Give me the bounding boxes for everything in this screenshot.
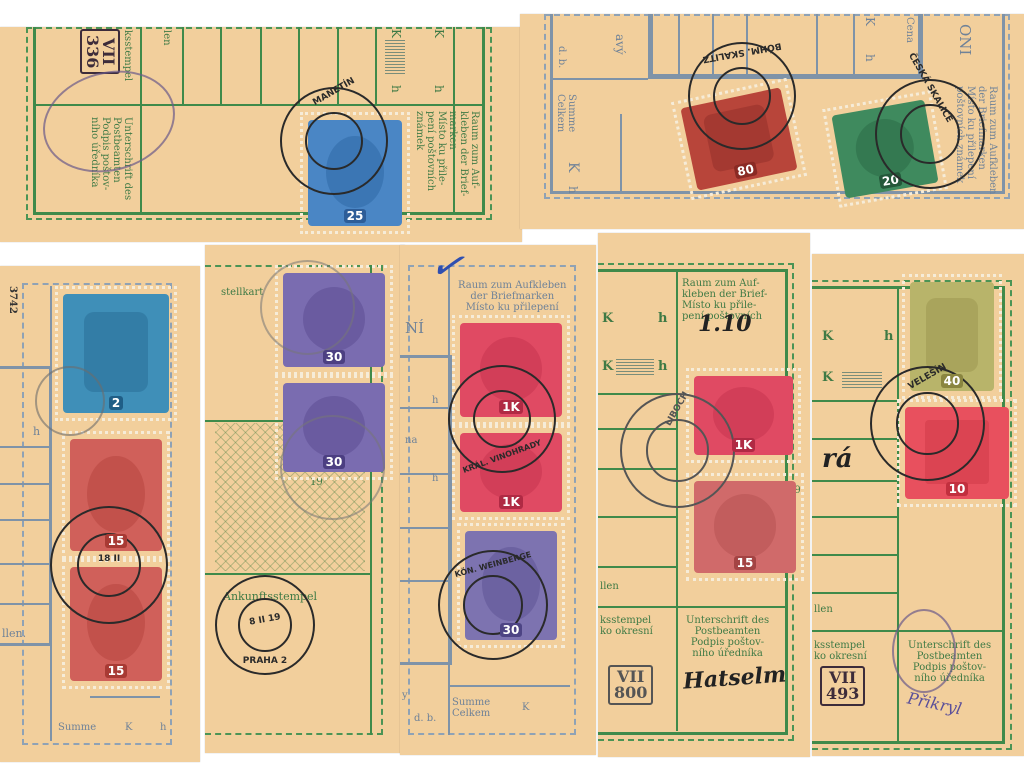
label-h: h [432,395,438,406]
label-h: h [160,722,166,733]
divider [598,566,676,568]
divider [812,480,897,482]
stamp-value: 1K [499,495,523,509]
stamp-value: 1K [732,438,756,452]
label-k: K [522,702,529,713]
label-llen: llen. [2,628,26,639]
divider [400,527,448,529]
label-h: h [884,331,893,342]
side-number: 3742 [7,286,18,314]
label-db: d. b. [414,713,436,724]
office-box-stamp: VII 800 [608,665,653,705]
divider [260,27,262,104]
divider [598,606,788,608]
label-db: d. b. [556,46,567,68]
divider [620,114,622,192]
office-box-stamp: VII 336 [80,29,120,74]
divider [400,580,448,582]
divider [552,78,648,80]
stamp-value: 30 [323,455,346,469]
parcel-card-fragment-bottom-5: K h K llen ksstempel ko okresní Untersch… [812,254,1024,756]
ruled-box [385,39,405,74]
postmark-velesin: VELEŠÍN [870,366,985,481]
label-k: K [602,361,613,372]
stamp-area-label: Raum zum Aufkleben der Briefmarken Místo… [458,280,567,313]
form-header: ONI [959,24,970,55]
postmark-text: 18 II [52,554,166,564]
parcel-card-fragment-bottom-4: Raum zum Auf- kleben der Brief- Místo ku… [598,233,810,757]
stamp-value: 2 [109,396,123,410]
label-h: h [432,473,438,484]
divider [648,14,653,76]
handwritten-fee: 1.10 [698,311,752,337]
divider [220,27,222,104]
divider [816,14,818,74]
parcel-card-fragment-bottom-1: h llen. Summe K h 3742 2 15 15 18 II [0,266,200,762]
label-h: h [864,54,875,62]
divider [0,563,50,565]
ink-loop [892,609,956,693]
stamp-value: 10 [946,482,969,496]
stamp-value: 25 [344,209,367,223]
postmark-manetin: MAŇETÍN [280,87,388,195]
label-k: K [602,313,613,324]
box-stamp-line2: 336 [83,35,102,68]
divider [678,14,680,74]
parcel-card-fragment-top-left: len ksstempel K K h h Raum zum Auf- kleb… [0,27,522,242]
label-llen: llen [814,604,833,615]
postmark: 18 II [50,506,168,624]
divider [0,519,50,521]
label-len: len [161,30,172,46]
postmark-faint [35,366,105,436]
divider [400,473,448,475]
label-h: h [390,85,401,93]
handwritten-note: rá [822,444,853,474]
label-k: K [567,162,578,172]
divider [182,27,184,104]
label-k: K [864,17,875,26]
ruled-box [616,357,654,375]
label-h: h [567,186,578,194]
divider [812,516,897,518]
postmark-faint [260,260,355,355]
divider [0,483,50,485]
parcel-card-fragment-top-right: Cena ONI avý d. b. Summe Celkem K h K h … [520,14,1024,229]
ruled-box [842,370,882,388]
stamp-area-label: Raum zum Auf- kleben der Brief- marken M… [414,111,480,196]
label-avy: avý [614,34,625,55]
signature-area-label: Unterschrift des Postbeamten Podpis pošt… [686,615,769,659]
form-header: NÍ [405,323,424,334]
label-cena: Cena [904,17,915,43]
label-h: h [433,85,444,93]
label-summe: Summe [58,722,96,733]
box-stamp-line2: 493 [826,684,859,703]
postmark-liboch: LIBOCH [620,393,735,508]
label-h: h [33,426,40,437]
label-stamp: ksstempel ko okresní [814,640,867,662]
office-box-stamp: VII 493 [820,666,865,706]
label-stamp: ksstempel ko okresní [600,615,653,637]
form-header: stellkart [221,287,263,298]
label-k: K [822,372,833,383]
postmark-ceska-skalice: ČESKÁ SKALICE [875,79,985,189]
postmark-text: PRAHA 2 [217,656,313,666]
divider [450,685,570,687]
stamp-value: 40 [941,374,964,388]
divider [90,696,160,698]
label-k: K [433,29,444,38]
divider [853,14,855,74]
divider [598,516,676,518]
parcel-card-fragment-bottom-2: stellkart Ankunftsstempel 19 30 30 8 II … [205,245,405,753]
divider [205,573,370,575]
postmark-praha: 8 II 19 PRAHA 2 [215,575,315,675]
stamp-value: 15 [105,534,128,548]
stamp-value: 30 [323,350,346,364]
stamp-value: 1K [499,400,523,414]
postmark-kral-vinohrady: KRÁL. VINOHRADY [448,365,556,473]
stamp-value: 15 [734,556,757,570]
label-summe: Summe Celkem [555,94,577,132]
box-stamp-line2: 800 [614,683,647,702]
postmark-bohm-skalitz: BÖHM. SKALITZ [688,42,796,150]
divider [0,446,50,448]
label-na: na [405,435,417,446]
label-h: h [658,313,667,324]
divider [812,554,897,556]
divider [812,592,897,594]
label-y: y [402,690,408,701]
divider [0,603,50,605]
divider [400,407,448,409]
label-k: K [390,29,401,38]
label-k: K [822,331,833,342]
divider [298,27,300,104]
label-h: h [658,361,667,372]
label-llen: llen [600,581,619,592]
parcel-card-fragment-bottom-3: Raum zum Aufkleben der Briefmarken Místo… [400,245,596,755]
label-k: K [125,722,132,733]
label-summe: Summe Celkem [452,697,490,719]
postmark-kon-weinberge: KÖN. WEINBERGE [438,550,548,660]
stamp-value: 30 [500,623,523,637]
stamp-value: 15 [105,664,128,678]
